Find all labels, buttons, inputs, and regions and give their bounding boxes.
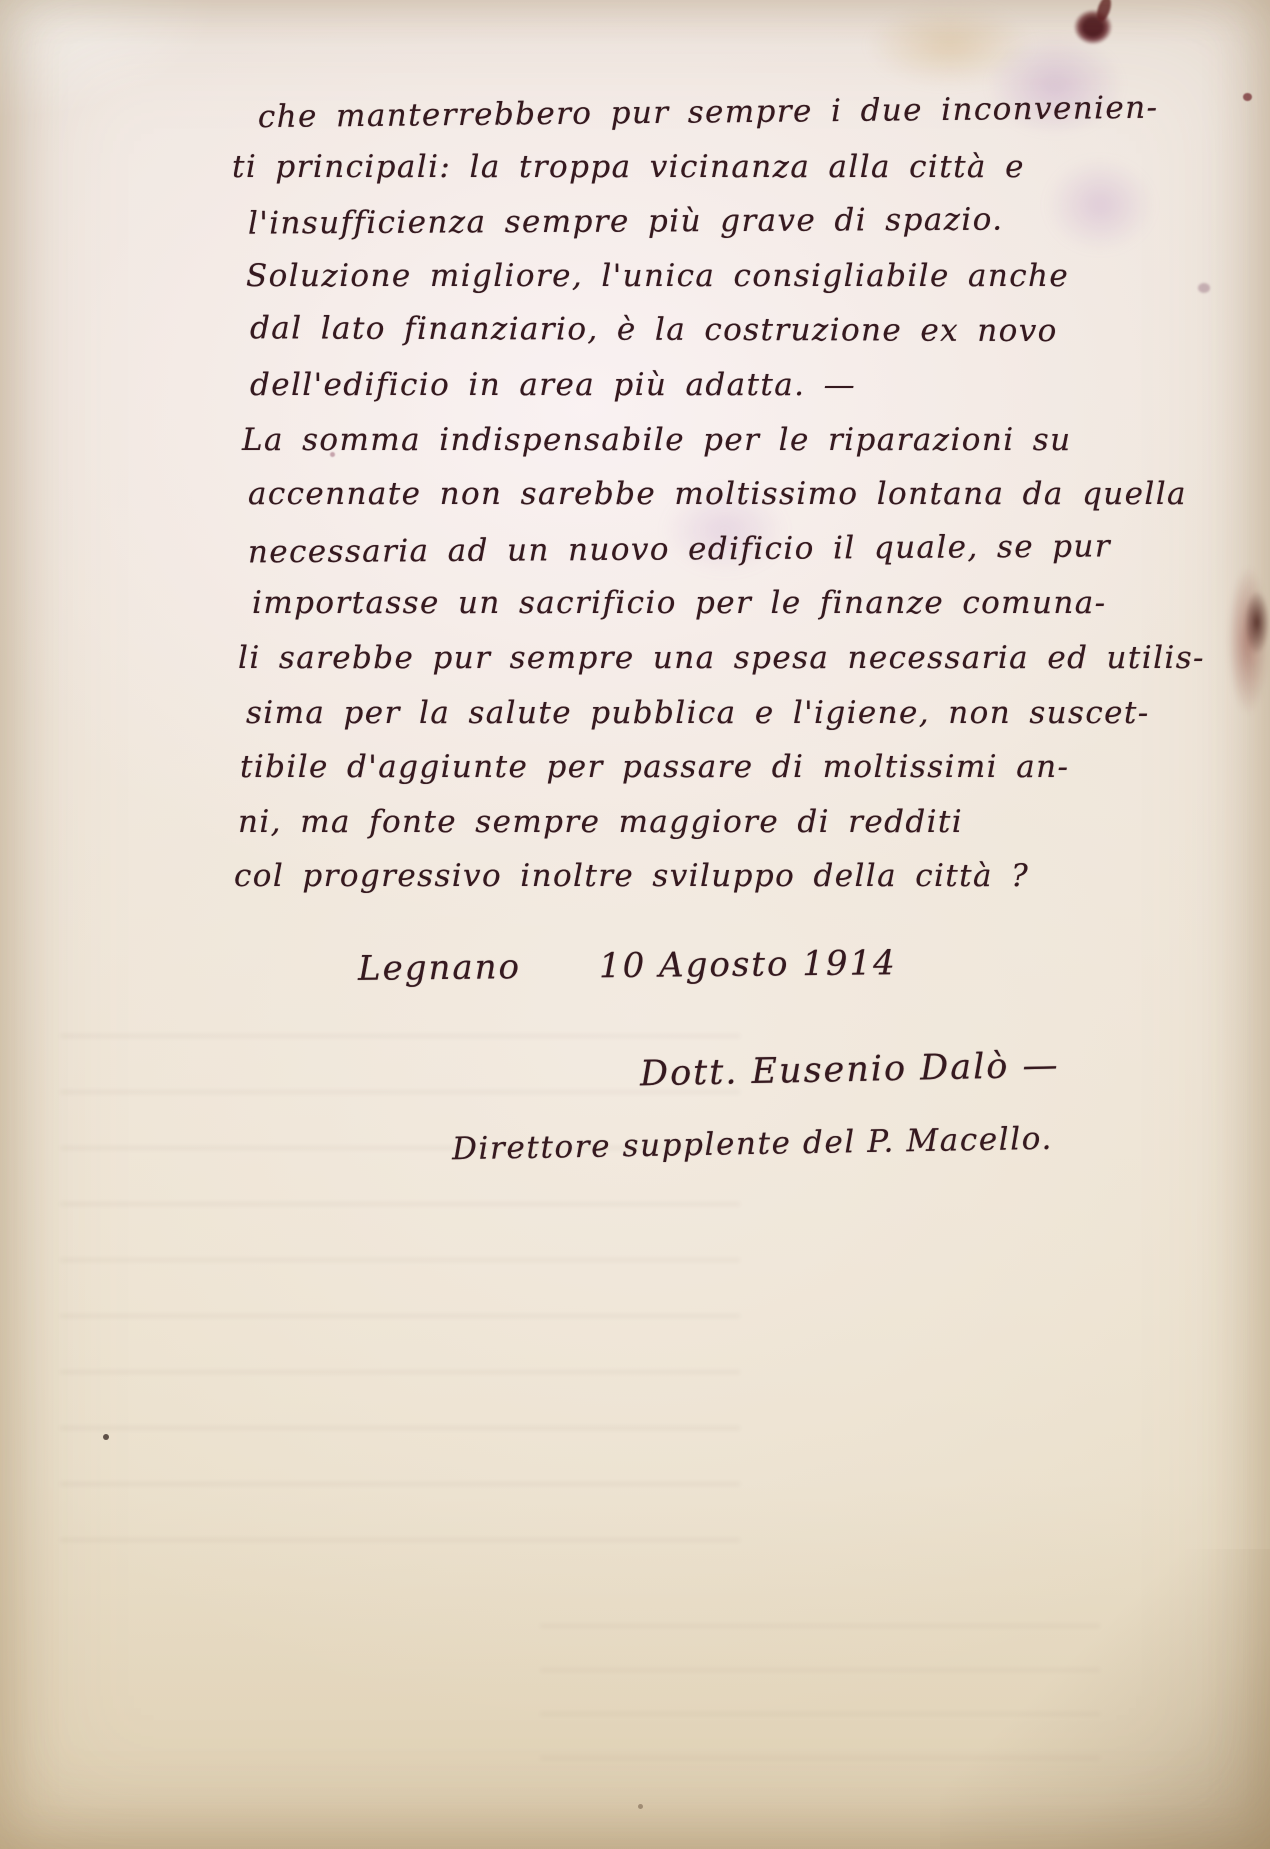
letter-page: che manterrebbero pur sempre i due incon…	[0, 0, 1270, 1849]
handwritten-line: col progressivo inoltre sviluppo della c…	[234, 858, 1232, 913]
handwritten-line: li sarebbe pur sempre una spesa necessar…	[238, 640, 1232, 695]
ink-speck	[1243, 93, 1252, 101]
handwritten-line: tibile d'aggiunte per passare di moltiss…	[240, 749, 1232, 804]
handwritten-line: accennate non sarebbe moltissimo lontana…	[248, 476, 1232, 531]
paper-shading	[0, 1419, 1270, 1849]
handwritten-line: dal lato finanziario, è la costruzione e…	[250, 311, 1232, 369]
signature-name: Dott. Eusenio Dalò —	[640, 1046, 1060, 1095]
handwritten-line: dell'edificio in area più adatta. —	[250, 367, 1232, 422]
handwritten-line: ti principali: la troppa vicinanza alla …	[232, 149, 1232, 204]
signature-title: Direttore supplente del P. Macello.	[452, 1121, 1053, 1167]
handwritten-line: La somma indispensabile per le riparazio…	[242, 422, 1232, 477]
ink-blot	[1094, 0, 1113, 23]
handwritten-line: sima per la salute pubblica e l'igiene, …	[246, 695, 1232, 750]
handwritten-line: ni, ma fonte sempre maggiore di redditi	[238, 804, 1232, 859]
ink-blot	[1070, 6, 1116, 48]
edge-stain	[1242, 585, 1270, 660]
place-name: Legnano	[358, 947, 521, 989]
handwritten-line: necessaria ad un nuovo edificio il quale…	[248, 527, 1232, 588]
dateline: Legnano10 Agosto 1914	[358, 943, 897, 989]
bleed-through	[540, 1600, 1100, 1800]
handwritten-line: l'insufficienza sempre più grave di spaz…	[248, 201, 1232, 261]
letter-body: che manterrebbero pur sempre i due incon…	[232, 94, 1232, 913]
bleed-through	[60, 1020, 740, 1580]
handwritten-line: importasse un sacrificio per le finanze …	[252, 585, 1232, 640]
handwritten-line: che manterrebbero pur sempre i due incon…	[258, 89, 1233, 154]
paper-highlight	[0, 0, 220, 120]
handwritten-line: Soluzione migliore, l'unica consigliabil…	[246, 258, 1232, 313]
tan-stain	[840, 0, 1060, 100]
ink-speck	[638, 1804, 643, 1809]
ink-speck	[103, 1434, 109, 1440]
corner-shadow	[940, 1549, 1270, 1849]
date-text: 10 Agosto 1914	[599, 943, 897, 986]
